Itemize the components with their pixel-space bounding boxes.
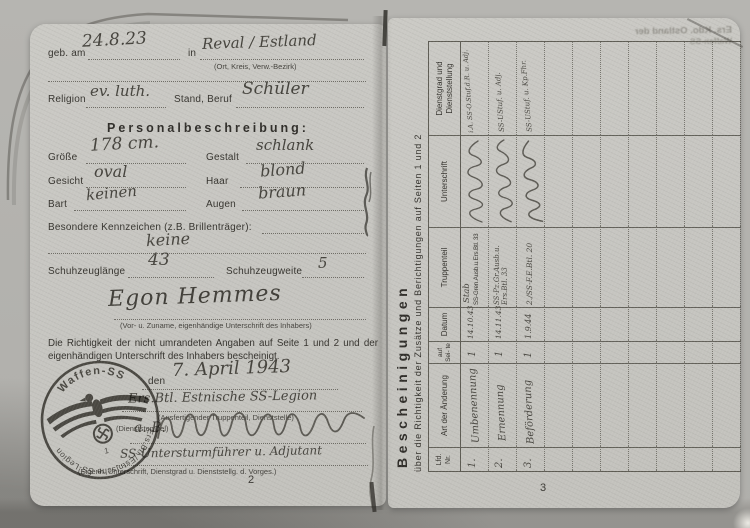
in-label: in — [188, 48, 196, 59]
empty-cell — [685, 135, 713, 227]
empty-cell — [601, 227, 629, 307]
cell-unterschrift-2 — [489, 135, 517, 227]
document-scan: geb. am 24.8.23 in Reval / Estland (Ort,… — [0, 0, 750, 528]
empty-cell — [545, 42, 573, 135]
empty-cell — [545, 135, 573, 227]
column-header-datum: Datum — [429, 307, 461, 341]
row3-dienstgrad: SS-UStuf. u. Kp.Fhr. — [518, 46, 533, 132]
empty-cell — [657, 135, 685, 227]
row1-truppenteil-hw: Stab — [462, 283, 472, 303]
cell-truppenteil-2: SS-Pz.Gr.Ausb.u. Ers.Btl. 33 — [489, 227, 517, 307]
empty-cell — [657, 447, 685, 471]
empty-cell — [713, 447, 741, 471]
unit-stamp-icon: Waffen-SS Ers.Btl./Estnische SS-Legion — [30, 350, 170, 490]
schuhlaenge-handwriting: 43 — [148, 250, 170, 270]
cell-nr-3: 3. — [517, 447, 545, 471]
page-number-left: 2 — [248, 474, 254, 486]
date-handwriting: 7. April 1943 — [172, 356, 292, 381]
cell-datum-2: 14.11.43 — [489, 307, 517, 341]
cell-datum-3: 1.9.44 — [517, 307, 545, 341]
cell-nr-1: 1. — [461, 447, 489, 471]
ink-mark — [358, 166, 376, 238]
beruf-label: Stand, Beruf — [174, 94, 232, 105]
bescheinigungen-title: Bescheinigungen — [394, 284, 410, 468]
empty-cell — [573, 135, 601, 227]
cell-dienstgrad-2: SS-UStuf. u. Adj. — [489, 42, 517, 135]
empty-cell — [657, 227, 685, 307]
owner-signature-caption: (Vor- u. Zuname, eigenhändige Unterschri… — [120, 321, 312, 330]
cell-seite-2: 1 — [489, 341, 517, 363]
empty-cell — [545, 307, 573, 341]
empty-cell — [657, 307, 685, 341]
empty-cell — [685, 227, 713, 307]
empty-cell — [629, 341, 657, 363]
haar-label: Haar — [206, 176, 228, 187]
empty-cell — [629, 227, 657, 307]
empty-cell — [573, 447, 601, 471]
empty-cell — [685, 447, 713, 471]
empty-cell — [629, 42, 657, 135]
bart-handwriting: keinen — [85, 182, 137, 204]
empty-cell — [601, 341, 629, 363]
row3-truppenteil: 2./SS-F.E.Btl. 20 — [525, 243, 534, 305]
row1-art: Umbenennung — [467, 368, 482, 443]
empty-cell — [685, 363, 713, 447]
column-header-dienstgrad: Dienstgrad und Dienststellung — [429, 42, 461, 135]
row2-dienstgrad: SS-UStuf. u. Adj. — [492, 46, 506, 132]
born-value-handwriting: 24.8.23 — [82, 28, 148, 51]
empty-cell — [601, 307, 629, 341]
cell-unterschrift-1 — [461, 135, 489, 227]
column-header-truppenteil: Truppenteil — [429, 227, 461, 307]
cell-art-1: Umbenennung — [461, 363, 489, 447]
dotted-line — [242, 209, 364, 211]
empty-cell — [601, 42, 629, 135]
cell-art-2: Ernennung — [489, 363, 517, 447]
empty-cell — [657, 341, 685, 363]
dotted-line — [200, 58, 364, 60]
birthplace-handwriting: Reval / Estland — [202, 31, 317, 53]
left-page: geb. am 24.8.23 in Reval / Estland (Ort,… — [30, 24, 386, 506]
empty-cell — [713, 42, 741, 135]
stamp-number: 1 — [103, 446, 110, 456]
row1-dienstgrad: i.A. SS-O.Stuf.d.R. u. Adj. — [461, 45, 475, 133]
row2-seite: 1 — [494, 351, 505, 357]
beruf-handwriting: Schüler — [242, 79, 309, 99]
empty-cell — [629, 363, 657, 447]
column-header-auf-seite: auf Sei- te — [429, 341, 461, 363]
schuhweite-handwriting: 5 — [318, 254, 328, 272]
personalbeschreibung-heading: Personalbeschreibung: — [30, 121, 386, 135]
right-page: Ers. Kdo. Ostland der Waffen-SS Beschein… — [388, 18, 740, 508]
dotted-line — [114, 318, 366, 320]
row2-datum: 14.11.43 — [494, 309, 503, 339]
empty-cell — [601, 135, 629, 227]
fold-crease — [362, 424, 382, 510]
row2-truppenteil: SS-Pz.Gr.Ausb.u. Ers.Btl. 33 — [493, 231, 509, 305]
cell-datum-1: 14.10.43 — [461, 307, 489, 341]
empty-cell — [657, 42, 685, 135]
column-header-unterschrift: Unterschrift — [429, 135, 461, 227]
cell-dienstgrad-3: SS-UStuf. u. Kp.Fhr. — [517, 42, 545, 135]
empty-cell — [545, 363, 573, 447]
column-header-art: Art der Änderung — [429, 363, 461, 447]
page-number-right: 3 — [540, 482, 546, 494]
dotted-line — [74, 209, 186, 211]
row2-nr: 2. — [494, 458, 505, 468]
empty-cell — [713, 227, 741, 307]
empty-cell — [573, 227, 601, 307]
eagle-icon — [43, 382, 155, 454]
cell-unterschrift-3 — [517, 135, 545, 227]
empty-cell — [629, 135, 657, 227]
empty-cell — [713, 135, 741, 227]
birthplace-caption: (Ort, Kreis, Verw.-Bezirk) — [214, 62, 297, 71]
empty-cell — [573, 363, 601, 447]
empty-cell — [713, 341, 741, 363]
gesicht-label: Gesicht — [48, 176, 83, 187]
empty-cell — [629, 447, 657, 471]
empty-cell — [685, 42, 713, 135]
empty-cell — [685, 307, 713, 341]
haar-handwriting: blond — [259, 158, 306, 180]
empty-cell — [685, 341, 713, 363]
gestalt-handwriting: schlank — [256, 136, 314, 154]
row3-datum: 1.9.44 — [524, 314, 533, 339]
born-label: geb. am — [48, 48, 86, 59]
bescheinigungen-subtitle: über die Richtigkeit der Zusätze und Ber… — [413, 134, 423, 472]
empty-cell — [573, 307, 601, 341]
row3-seite: 1 — [523, 352, 534, 358]
empty-cell — [545, 227, 573, 307]
dotted-line — [128, 276, 214, 278]
cell-truppenteil-3: 2./SS-F.E.Btl. 20 — [517, 227, 545, 307]
cell-seite-1: 1 — [461, 341, 489, 363]
empty-cell — [601, 447, 629, 471]
schuhlaenge-label: Schuhzeuglänge — [48, 266, 125, 277]
groesse-handwriting: 178 cm. — [90, 132, 160, 156]
bescheinigungen-table: Lfd. Nr. Art der Änderung auf Sei- te Da… — [428, 41, 741, 472]
dotted-line — [302, 276, 364, 278]
empty-cell — [629, 307, 657, 341]
cell-seite-3: 1 — [517, 341, 545, 363]
empty-cell — [713, 363, 741, 447]
augen-handwriting: braun — [257, 180, 306, 202]
religion-label: Religion — [48, 94, 86, 105]
augen-label: Augen — [206, 199, 236, 210]
empty-cell — [573, 341, 601, 363]
dotted-line — [262, 232, 364, 234]
dotted-line — [236, 106, 364, 108]
empty-cell — [545, 341, 573, 363]
empty-cell — [573, 42, 601, 135]
gesicht-handwriting: oval — [94, 162, 127, 181]
rotated-bescheinigungen-section: Bescheinigungen über die Richtigkeit der… — [392, 40, 740, 502]
swastika-icon — [95, 426, 110, 441]
empty-cell — [545, 447, 573, 471]
row1-nr: 1. — [467, 458, 478, 468]
cell-truppenteil-1: Stab SS-Gren.Ausb.u.Ers.Btl. 33 — [461, 227, 489, 307]
groesse-label: Größe — [48, 152, 77, 163]
table-signature-scribble — [464, 137, 488, 225]
dotted-line — [86, 106, 166, 108]
schuhweite-label: Schuhzeugweite — [226, 266, 302, 277]
row1-truppenteil-stamp: SS-Gren.Ausb.u.Ers.Btl. 33 — [473, 229, 480, 305]
bart-label: Bart — [48, 199, 67, 210]
table-signature-scribble — [520, 137, 544, 225]
gestalt-label: Gestalt — [206, 152, 239, 163]
cell-nr-2: 2. — [489, 447, 517, 471]
empty-cell — [657, 363, 685, 447]
row3-nr: 3. — [523, 458, 534, 468]
row3-art: Beförderung — [522, 380, 536, 445]
cell-dienstgrad-1: i.A. SS-O.Stuf.d.R. u. Adj. — [461, 42, 489, 135]
cell-art-3: Beförderung — [517, 363, 545, 447]
owner-signature: Egon Hemmes — [108, 281, 283, 312]
dotted-line — [88, 58, 180, 60]
column-header-lfd-nr: Lfd. Nr. — [429, 447, 461, 471]
row1-datum: 14.10.43 — [466, 309, 475, 339]
religion-handwriting: ev. luth. — [90, 82, 150, 100]
row1-seite: 1 — [467, 351, 478, 357]
empty-cell — [601, 363, 629, 447]
kennzeichen-handwriting: keine — [146, 229, 191, 250]
row2-art: Ernennung — [495, 384, 509, 441]
empty-cell — [713, 307, 741, 341]
table-signature-scribble — [493, 137, 517, 225]
